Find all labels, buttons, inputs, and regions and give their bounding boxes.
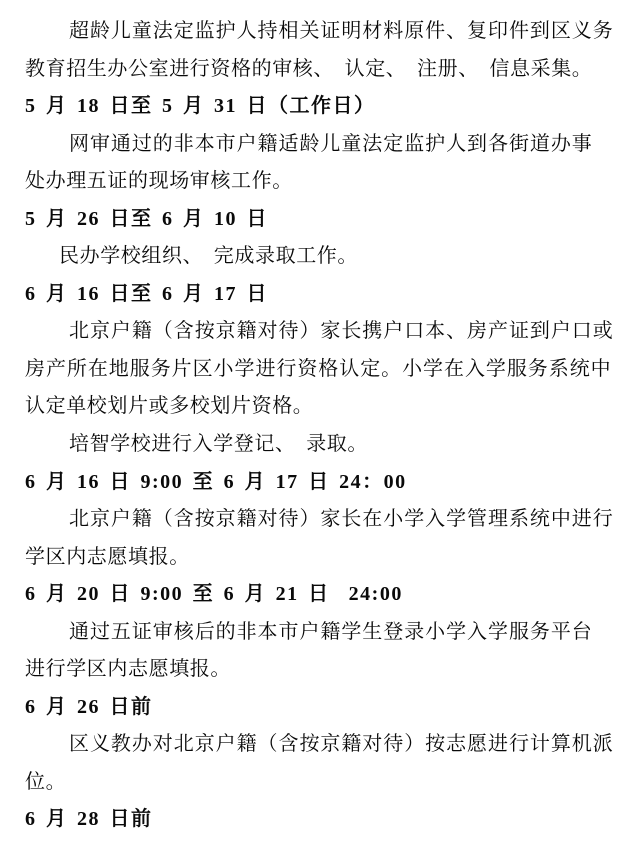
date-heading-line: 6 月 16 日 9:00 至 6 月 17 日 24：00 xyxy=(25,464,594,502)
body-text-line: 通过五证审核后的非本市户籍学生登录小学入学服务平台 xyxy=(25,614,594,652)
body-text-line: 房产所在地服务片区小学进行资格认定。小学在入学服务系统中 xyxy=(25,351,594,389)
body-text-line: 位。 xyxy=(25,764,594,802)
date-heading-line: 6 月 26 日前 xyxy=(25,689,594,727)
date-heading-line: 5 月 26 日至 6 月 10 日 xyxy=(25,201,594,239)
body-text-line: 认定单校划片或多校划片资格。 xyxy=(25,388,594,426)
body-text-line: 北京户籍（含按京籍对待）家长在小学入学管理系统中进行 xyxy=(25,501,594,539)
body-text-line: 网审通过的非本市户籍适龄儿童法定监护人到各街道办事 xyxy=(25,126,594,164)
date-heading-line: 6 月 28 日前 xyxy=(25,801,594,839)
date-heading-line: 5 月 18 日至 5 月 31 日（工作日） xyxy=(25,88,594,126)
date-heading-line: 6 月 20 日 9:00 至 6 月 21 日 24:00 xyxy=(25,576,594,614)
body-text-line: 教育招生办公室进行资格的审核、 认定、 注册、 信息采集。 xyxy=(25,51,594,89)
document-page: 超龄儿童法定监护人持相关证明材料原件、复印件到区义务教育招生办公室进行资格的审核… xyxy=(0,0,621,847)
document-body: 超龄儿童法定监护人持相关证明材料原件、复印件到区义务教育招生办公室进行资格的审核… xyxy=(25,13,594,839)
body-text-line: 处办理五证的现场审核工作。 xyxy=(25,163,594,201)
date-heading-line: 6 月 16 日至 6 月 17 日 xyxy=(25,276,594,314)
body-text-line: 区义教办对北京户籍（含按京籍对待）按志愿进行计算机派 xyxy=(25,726,594,764)
body-text-line: 民办学校组织、 完成录取工作。 xyxy=(25,238,594,276)
body-text-line: 超龄儿童法定监护人持相关证明材料原件、复印件到区义务 xyxy=(25,13,594,51)
body-text-line: 北京户籍（含按京籍对待）家长携户口本、房产证到户口或 xyxy=(25,313,594,351)
body-text-line: 培智学校进行入学登记、 录取。 xyxy=(25,426,594,464)
body-text-line: 进行学区内志愿填报。 xyxy=(25,651,594,689)
body-text-line: 学区内志愿填报。 xyxy=(25,539,594,577)
